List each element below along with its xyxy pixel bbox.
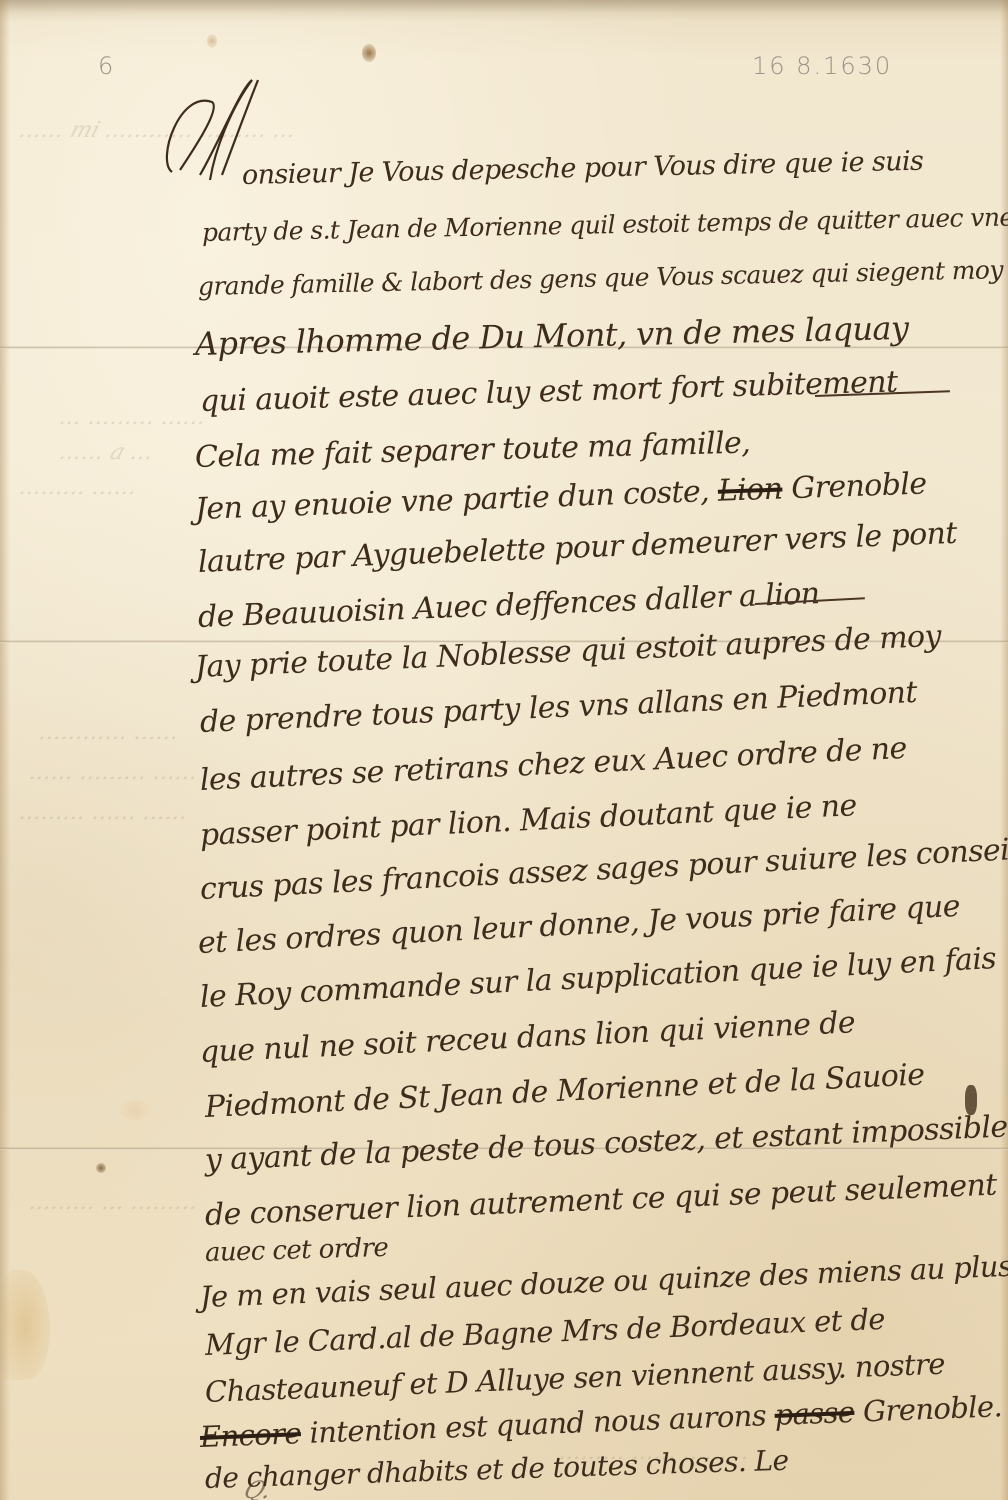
letter-line-5: qui auoit este auec luy est mort fort su…: [200, 365, 898, 419]
paper-stain: [120, 1100, 150, 1120]
pencil-date: 16 8.1630: [752, 52, 892, 80]
folio-number: 6: [98, 52, 115, 80]
show-through-text: ……… ……: [16, 475, 141, 500]
letter-line-17: que nul ne soit receu dans lion qui vien…: [199, 1005, 856, 1070]
line-text-after: Grenoble.: [854, 1389, 1003, 1429]
letter-line-26: de changer dhabits et de toutes choses. …: [204, 1444, 788, 1495]
ink-stain: [96, 1163, 106, 1173]
paper-stain: [207, 34, 217, 48]
show-through-text: ……… …… ……: [16, 800, 192, 825]
show-through-text: …… ……… ……: [26, 760, 202, 785]
water-stain: [0, 1270, 50, 1380]
letter-line-6: Cela me fait separer toute ma famille,: [195, 425, 751, 475]
letter-line-19: y ayant de la peste de tous costez, et e…: [204, 1109, 1008, 1178]
show-through-text: ………… ……: [36, 720, 183, 745]
letter-line-13: passer point par lion. Mais doutant que …: [199, 788, 857, 853]
letter-line-7: Jen ay enuoie vne partie dun coste, Lion…: [194, 466, 927, 527]
letter-line-21: auec cet ordre: [205, 1233, 389, 1268]
letter-line-3: grande famille & labort des gens que Vou…: [198, 255, 1003, 301]
struck-word: Encore: [199, 1416, 301, 1454]
letter-line-8: lautre par Ayguebelette pour demeurer ve…: [197, 516, 957, 580]
struck-word: passe: [774, 1395, 855, 1432]
paper-top-edge: [0, 0, 1008, 22]
show-through-text: … ……… ……: [56, 405, 210, 430]
letter-line-1: onsieur Je Vous depesche pour Vous dire …: [242, 146, 924, 191]
letter-line-2: party de s.t Jean de Morienne quil estoi…: [202, 202, 1008, 247]
letter-line-18: Piedmont de St Jean de Morienne et de la…: [204, 1057, 925, 1125]
line-text: Jen ay enuoie vne partie dun coste,: [194, 474, 709, 527]
show-through-text: …… a …: [56, 440, 157, 465]
letter-line-4: Apres lhomme de Du Mont, vn de mes laqua…: [195, 309, 909, 363]
line-text-after: Grenoble: [782, 466, 927, 506]
struck-word: Lion: [717, 471, 783, 508]
manuscript-page: 6 16 8.1630 …… mi ………… ……… … … ……… …… ………: [0, 0, 1008, 1500]
show-through-text: ……… … ………: [26, 1190, 202, 1215]
letter-line-11: de prendre tous party les vns allans en …: [199, 675, 917, 740]
letter-line-20: de conseruer lion autrement ce qui se pe…: [204, 1168, 997, 1233]
ink-stain: [362, 44, 376, 62]
letter-line-12: les autres se retirans chez eux Auec ord…: [199, 731, 907, 798]
letter-line-9: de Beauuoisin Auec deffences daller a li…: [197, 576, 820, 635]
